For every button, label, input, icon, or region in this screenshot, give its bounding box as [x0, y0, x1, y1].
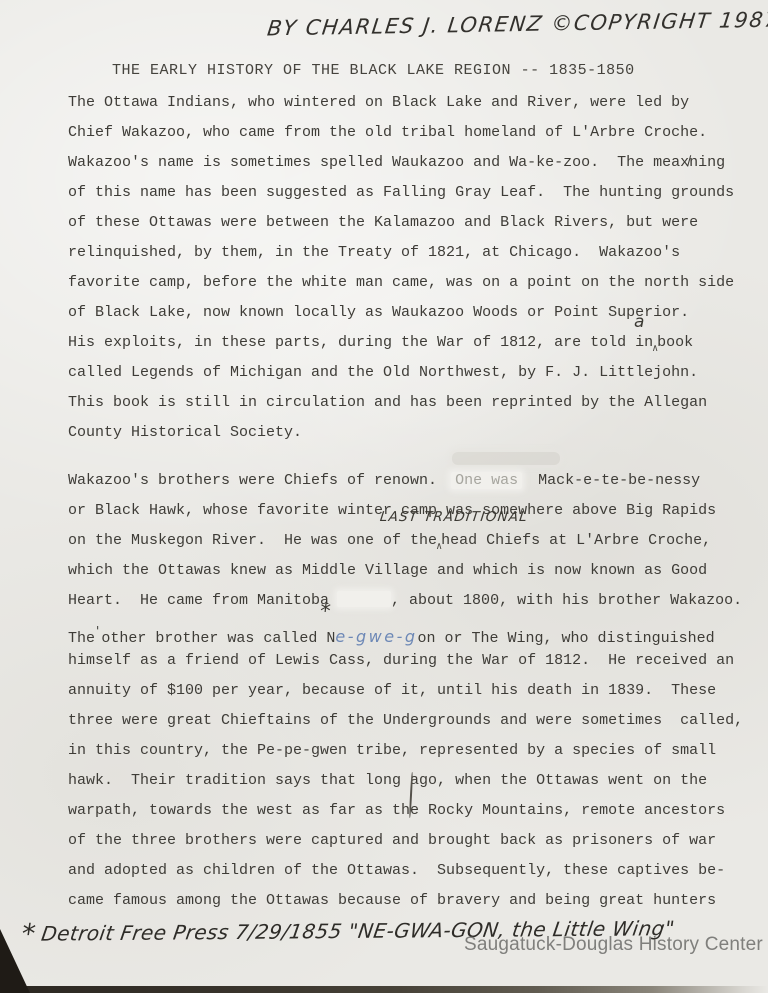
typed-text: The	[68, 630, 95, 647]
typed-text: , about 1800, with his brother Wakazoo.	[391, 592, 742, 609]
scan-edge-shadow	[0, 986, 768, 993]
typed-line: Chief Wakazoo, who came from the old tri…	[68, 118, 758, 148]
typed-line: came famous among the Ottawas because of…	[68, 886, 758, 916]
typed-line: and adopted as children of the Ottawas. …	[68, 856, 758, 886]
typed-line: himself as a friend of Lewis Cass, durin…	[68, 646, 758, 676]
typed-line: called Legends of Michigan and the Old N…	[68, 358, 758, 388]
typed-line-with-blue-correction: The'other brother was called Ne-gwe-gon …	[68, 616, 758, 646]
typed-text: His exploits, in these parts, during the…	[68, 334, 653, 351]
footnote-asterisk: *	[19, 919, 38, 950]
document-title: THE EARLY HISTORY OF THE BLACK LAKE REGI…	[112, 56, 635, 86]
typed-text: book	[657, 334, 693, 351]
typed-text: N	[317, 630, 335, 647]
typed-line: of the three brothers were captured and …	[68, 826, 758, 856]
whited-out-text: One was	[451, 472, 522, 489]
typed-text: other brother was called	[101, 630, 317, 647]
typed-line: three were great Chieftains of the Under…	[68, 706, 758, 736]
typed-line: hawk. Their tradition says that long ago…	[68, 766, 758, 796]
watermark: Saugatuck-Douglas History Center	[464, 934, 763, 956]
handwritten-tick: '	[96, 616, 99, 646]
handwritten-byline: BY CHARLES J. LORENZ ©COPYRIGHT 1987	[266, 8, 768, 41]
typed-line-with-gap: Heart. He came from Manitoba, about 1800…	[68, 586, 758, 616]
whiteout-smudge	[452, 452, 560, 465]
typed-line: Wakazoo's name is sometimes spelled Wauk…	[68, 148, 758, 178]
typed-line: which the Ottawas knew as Middle Village…	[68, 556, 758, 586]
handwritten-insert-a: a	[634, 312, 644, 332]
typed-text: Wakazoo's brothers were Chiefs of renown…	[68, 472, 437, 489]
typed-line: annuity of $100 per year, because of it,…	[68, 676, 758, 706]
typed-line: of these Ottawas were between the Kalama…	[68, 208, 758, 238]
handwritten-blue-correction: e-gwe-g	[335, 627, 417, 646]
scanned-document-page: BY CHARLES J. LORENZ ©COPYRIGHT 1987 THE…	[0, 0, 768, 993]
typed-text: Heart. He came from Manitoba	[68, 592, 329, 609]
paragraph-1: The Ottawa Indians, who wintered on Blac…	[68, 88, 758, 448]
typed-line: relinquished, by them, in the Treaty of …	[68, 238, 758, 268]
typed-line-with-insertion: His exploits, in these parts, during the…	[68, 328, 758, 358]
paragraph-2: Wakazoo's brothers were Chiefs of renown…	[68, 466, 758, 916]
typed-line: County Historical Society.	[68, 418, 758, 448]
handwritten-insert-last-traditional: LAST TRADITIONAL	[379, 509, 529, 525]
typed-text: Mack-e-te-be-nessy	[538, 472, 700, 489]
typed-line-with-whiteout: Wakazoo's brothers were Chiefs of renown…	[68, 466, 758, 496]
typed-line: The Ottawa Indians, who wintered on Blac…	[68, 88, 758, 118]
typed-line: of this name has been suggested as Falli…	[68, 178, 758, 208]
typed-text: head Chiefs at L'Arbre Croche,	[441, 532, 711, 549]
typed-text: on or The Wing, who distinguished	[418, 630, 715, 647]
typed-line: in this country, the Pe-pe-gwen tribe, r…	[68, 736, 758, 766]
typed-line: of Black Lake, now known locally as Wauk…	[68, 298, 758, 328]
typed-line: This book is still in circulation and ha…	[68, 388, 758, 418]
typed-line-with-insertion: on the Muskegon River. He was one of the…	[68, 526, 758, 556]
typed-line: warpath, towards the west as far as the …	[68, 796, 758, 826]
whiteout-patch	[337, 591, 391, 607]
typed-text: on the Muskegon River. He was one of the	[68, 532, 437, 549]
typed-line: favorite camp, before the white man came…	[68, 268, 758, 298]
